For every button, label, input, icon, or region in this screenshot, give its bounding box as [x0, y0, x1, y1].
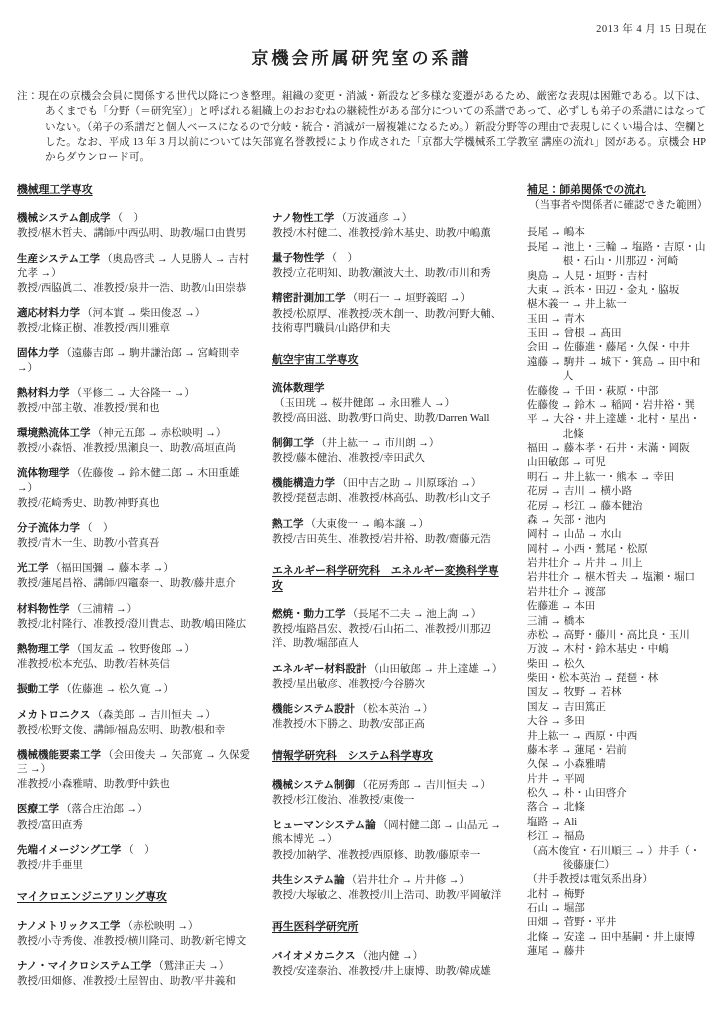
- lab-lineage: （松本英治 →）: [357, 704, 433, 715]
- lab-title-line: ナノメトリックス工学（赤松映明 →）: [17, 920, 255, 934]
- lab-lineage: （国友孟 → 牧野俊郎 →）: [72, 644, 195, 655]
- lab-entry: 流体物理学（佐藤俊 → 鈴木健二郎 → 木田重雄 →）教授/花崎秀史、助教/神野…: [17, 467, 255, 511]
- lab-entry: 量子物性学（ ）教授/立花明知、助教/瀬波大土、助教/市川和秀: [272, 252, 506, 281]
- section-header: 情報学研究科 システム科学専攻: [272, 749, 506, 764]
- flow-line: 井上紘一 → 西原・中西: [527, 730, 706, 744]
- lab-lineage: （三浦精 →）: [72, 604, 138, 615]
- lab-title-line: 流体数理学（玉田珖 → 桜井健郎 → 永田雅人 →）: [272, 382, 506, 410]
- flow-line: 田畑 → 菅野・平井: [527, 916, 706, 930]
- lab-title-line: メカトロニクス（森美郎 → 吉川恒夫 →）: [17, 709, 255, 723]
- flow-line: （高木俊宜・石川順三 → ）井手（・後藤康仁）: [527, 845, 706, 874]
- lab-lineage: （花房秀郎 → 吉川恒夫 →）: [357, 780, 491, 791]
- lab-entry: エネルギー材料設計（山田敏郎 → 井上達雄 →）教授/星出敏彦、准教授/今谷勝次: [272, 663, 506, 692]
- lab-entry: 固体力学（遠藤吉郎 → 駒井謙治郎 → 宮崎則幸 →）: [17, 347, 255, 375]
- flow-line: 三浦 → 橋本: [527, 615, 706, 629]
- supplement-flow-list: 長尾 → 嶋本長尾 → 池上・三輪 → 塩路・吉原・山根・石山・川那辺・河崎奥島…: [527, 226, 706, 959]
- lab-lineage: （福田国彌 → 藤本孝 →）: [51, 563, 174, 574]
- lab-staff: 准教授/小森雅晴、助教/野中鉄也: [17, 778, 255, 792]
- lab-staff: 教授/松原厚、准教授/茨木創一、助教/河野大輔、技術専門職員/山路伊和夫: [272, 308, 506, 336]
- flow-line: 玉田 → 青木: [527, 313, 706, 327]
- lab-staff: 教授/高田滋、助教/野口尚史、助教/Darren Wall: [272, 412, 506, 426]
- lab-title-line: 光工学（福田国彌 → 藤本孝 →）: [17, 562, 255, 576]
- supplement-title: 補足：師弟関係での流れ: [527, 183, 706, 198]
- lab-lineage: （河本實 → 柴田俊忍 →）: [82, 308, 205, 319]
- lab-staff: 教授/小森悟、准教授/黒瀬良一、助教/高垣直尚: [17, 442, 255, 456]
- lab-entry: ナノメトリックス工学（赤松映明 →）教授/小寺秀俊、准教授/横川隆司、助教/新宅…: [17, 920, 255, 949]
- lab-entry: 熱材料力学（平修二 → 大谷隆一 →）教授/中部主敬、准教授/巽和也: [17, 387, 255, 416]
- lab-staff: 教授/富田直秀: [17, 819, 255, 833]
- document-page: 2013 年 4 月 15 日現在 京機会所属研究室の系譜 注：現在の京機会会員…: [0, 0, 723, 1024]
- lab-lineage: （井上紘一 → 市川朗 →）: [316, 438, 439, 449]
- lab-staff: 教授/立花明知、助教/瀬波大土、助教/市川和秀: [272, 267, 506, 281]
- flow-line: 岡村 → 小西・鷲尾・松原: [527, 543, 706, 557]
- lab-entry: 共生システム論（岩井壮介 → 片井修 →）教授/大塚敏之、准教授/川上浩司、助教…: [272, 874, 506, 903]
- column-supplement: 補足：師弟関係での流れ （当事者や関係者に確認できた範囲） 長尾 → 嶋本長尾 …: [527, 183, 706, 1001]
- lab-title-line: 先端イメージング工学（ ）: [17, 844, 255, 858]
- lab-entry: 機能システム設計（松本英治 →）准教授/木下勝之、助教/安部正高: [272, 703, 506, 732]
- lab-entry: 環境熱流体工学（神元五郎 → 赤松映明 →）教授/小森悟、准教授/黒瀬良一、助教…: [17, 427, 255, 456]
- lab-title-line: 燃焼・動力工学（長尾不二夫 → 池上詢 →）: [272, 608, 506, 622]
- lab-lineage: （落合庄治郎 →）: [61, 804, 148, 815]
- flow-line: 花房 → 杉江 → 藤本健治: [527, 500, 706, 514]
- flow-line: 佐藤進 → 本田: [527, 600, 706, 614]
- page-title: 京機会所属研究室の系譜: [17, 44, 706, 69]
- flow-line: 岩井壮介 → 椹木哲夫 → 塩瀬・堀口: [527, 571, 706, 585]
- lab-title-line: 流体物理学（佐藤俊 → 鈴木健二郎 → 木田重雄 →）: [17, 467, 255, 495]
- flow-line: 佐藤俊 → 千田・萩原・中部: [527, 385, 706, 399]
- lab-staff: 教授/中部主敬、准教授/巽和也: [17, 402, 255, 416]
- lab-entry: バイオメカニクス（池内健 →）教授/安達泰治、准教授/井上康博、助教/韓成雄: [272, 950, 506, 979]
- lab-title-line: 熱物理工学（国友孟 → 牧野俊郎 →）: [17, 643, 255, 657]
- lab-entry: 医療工学（落合庄治郎 →）教授/富田直秀: [17, 803, 255, 832]
- lab-name: 機能構造力学: [272, 478, 335, 489]
- lab-title-line: 機械機能要素工学（会田俊夫 → 矢部寛 → 久保愛三 →）: [17, 749, 255, 777]
- lab-lineage: （ ）: [327, 253, 359, 264]
- section-header: マイクロエンジニアリング専攻: [17, 890, 255, 905]
- lab-entry: ナノ物性工学（万波通彦 →）教授/木村健二、准教授/鈴木基史、助教/中嶋薫: [272, 212, 506, 241]
- flow-line: 奥島 → 人見・垣野・吉村: [527, 270, 706, 284]
- lab-name: 環境熱流体工学: [17, 428, 91, 439]
- lab-staff: 教授/大塚敏之、准教授/川上浩司、助教/平岡敏洋: [272, 889, 506, 903]
- lab-lineage: （玉田珖 → 桜井健郎 → 永田雅人 →）: [274, 398, 455, 409]
- lab-title-line: ナノ・マイクロシステム工学（鷲津正夫 →）: [17, 960, 255, 974]
- flow-line: 佐藤俊 → 鈴木 → 稲岡・岩井裕・巽: [527, 399, 706, 413]
- document-date: 2013 年 4 月 15 日現在: [596, 21, 707, 36]
- lab-lineage: （鷲津正夫 →）: [153, 961, 229, 972]
- flow-line: 椹木義一 → 井上紘一: [527, 298, 706, 312]
- flow-line: （井手教授は電気系出身）: [527, 873, 706, 887]
- lab-lineage: （神元五郎 → 赤松映明 →）: [93, 428, 227, 439]
- lab-lineage: （大東俊一 → 嶋本譲 →）: [306, 519, 429, 530]
- lab-name: ナノ・マイクロシステム工学: [17, 961, 151, 972]
- lab-title-line: 精密計測加工学（明石一 → 垣野義昭 →）: [272, 292, 506, 306]
- lab-name: 固体力学: [17, 348, 59, 359]
- section-header: 航空宇宙工学専攻: [272, 353, 506, 368]
- flow-line: 岡村 → 山品 → 水山: [527, 528, 706, 542]
- lab-name: 生産システム工学: [17, 254, 100, 265]
- lab-lineage: （佐藤進 → 松久寛 →）: [61, 684, 174, 695]
- lab-name: 熱工学: [272, 519, 304, 530]
- column-middle: ナノ物性工学（万波通彦 →）教授/木村健二、准教授/鈴木基史、助教/中嶋薫量子物…: [272, 183, 506, 1001]
- flow-line: 福田 → 藤本孝・石井・末滿・岡阪: [527, 442, 706, 456]
- note-paragraph: 注：現在の京機会会員に関係する世代以降につき整理。組織の変更・消滅・新設など多様…: [17, 89, 706, 166]
- lab-name: 量子物性学: [272, 253, 325, 264]
- lab-entry: 機能構造力学（田中吉之助 → 川原琢治 →）教授/琵琶志朗、准教授/林高弘、助教…: [272, 477, 506, 506]
- lab-name: 医療工学: [17, 804, 59, 815]
- lab-entry: 振動工学（佐藤進 → 松久寛 →）: [17, 683, 255, 697]
- lab-name: 先端イメージング工学: [17, 845, 121, 856]
- lab-entry: 機械機能要素工学（会田俊夫 → 矢部寛 → 久保愛三 →）准教授/小森雅晴、助教…: [17, 749, 255, 793]
- flow-line: 石山 → 堀部: [527, 902, 706, 916]
- lab-title-line: 機能システム設計（松本英治 →）: [272, 703, 506, 717]
- lab-name: 光工学: [17, 563, 49, 574]
- lab-title-line: 制御工学（井上紘一 → 市川朗 →）: [272, 437, 506, 451]
- lab-title-line: 機械システム制御（花房秀郎 → 吉川恒夫 →）: [272, 779, 506, 793]
- lab-title-line: 機械システム創成学（ ）: [17, 212, 255, 226]
- columns-container: 機械理工学専攻機械システム創成学（ ）教授/椹木哲夫、講師/中西弘明、助教/堀口…: [17, 183, 706, 1001]
- lab-name: 機械機能要素工学: [17, 750, 101, 761]
- flow-line: 大谷 → 多田: [527, 715, 706, 729]
- lab-lineage: （山田敏郎 → 井上達雄 →）: [369, 664, 503, 675]
- flow-line: 岩井壮介 → 片井 → 川上: [527, 557, 706, 571]
- lab-title-line: 材料物性学（三浦精 →）: [17, 603, 255, 617]
- lab-lineage: （明石一 → 垣野義昭 →）: [348, 293, 471, 304]
- lab-entry: 燃焼・動力工学（長尾不二夫 → 池上詢 →）教授/塩路昌宏、教授/石山拓二、准教…: [272, 608, 506, 652]
- lab-lineage: （万波通彦 →）: [336, 213, 412, 224]
- section-header: エネルギー科学研究科 エネルギー変換科学専攻: [272, 564, 506, 593]
- flow-line: 遠藤 → 駒井 → 城下・箕島 → 田中和人: [527, 356, 706, 385]
- lab-entry: ヒューマンシステム論（岡村健二郎 → 山品元 → 熊本博光 →）教授/加納学、准…: [272, 819, 506, 863]
- flow-line: 国友 → 牧野 → 若林: [527, 686, 706, 700]
- lab-staff: 教授/井手亜里: [17, 859, 255, 873]
- flow-line: 北村 → 梅野: [527, 888, 706, 902]
- flow-line: 花房 → 吉川 → 横小路: [527, 485, 706, 499]
- supplement-scope-note: （当事者や関係者に確認できた範囲）: [529, 199, 706, 213]
- lab-entry: 材料物性学（三浦精 →）教授/北村隆行、准教授/澄川貴志、助教/嶋田隆広: [17, 603, 255, 632]
- flow-line: 森 → 矢部・池内: [527, 514, 706, 528]
- lab-entry: 流体数理学（玉田珖 → 桜井健郎 → 永田雅人 →）教授/高田滋、助教/野口尚史…: [272, 382, 506, 426]
- lab-staff: 教授/星出敏彦、准教授/今谷勝次: [272, 678, 506, 692]
- flow-line: 玉田 → 曾根 → 髙田: [527, 327, 706, 341]
- flow-line: 長尾 → 池上・三輪 → 塩路・吉原・山根・石山・川那辺・河崎: [527, 241, 706, 270]
- flow-line: 柴田 → 松久: [527, 658, 706, 672]
- flow-line: 赤松 → 高野・藤川・高比良・玉川: [527, 629, 706, 643]
- lab-title-line: 量子物性学（ ）: [272, 252, 506, 266]
- flow-line: 北條 → 安達 → 田中基嗣・井上康博: [527, 931, 706, 945]
- flow-line: 久保 → 小森雅晴: [527, 758, 706, 772]
- lab-staff: 教授/西脇眞二、准教授/泉井一浩、助教/山田崇恭: [17, 282, 255, 296]
- lab-name: 制御工学: [272, 438, 314, 449]
- lab-title-line: エネルギー材料設計（山田敏郎 → 井上達雄 →）: [272, 663, 506, 677]
- flow-line: 山田敏郎 → 可児: [527, 456, 706, 470]
- lab-name: 機械システム創成学: [17, 213, 110, 224]
- flow-line: 片井 → 平岡: [527, 773, 706, 787]
- lab-name: 燃焼・動力工学: [272, 609, 346, 620]
- lab-staff: 教授/安達泰治、准教授/井上康博、助教/韓成雄: [272, 965, 506, 979]
- flow-line: 松久 → 朴・山田啓介: [527, 787, 706, 801]
- lab-lineage: （赤松映明 →）: [122, 921, 198, 932]
- flow-line: 会田 → 佐藤進・藤尾・久保・中井: [527, 341, 706, 355]
- lab-entry: メカトロニクス（森美郎 → 吉川恒夫 →）教授/松野文俊、講師/福島宏明、助教/…: [17, 709, 255, 738]
- lab-title-line: 生産システム工学（奥島啓弐 → 人見勝人 → 吉村允孝 →）: [17, 253, 255, 281]
- lab-name: 振動工学: [17, 684, 59, 695]
- lab-entry: 光工学（福田国彌 → 藤本孝 →）教授/蓮尾昌裕、講師/四竈泰一、助教/藤井恵介: [17, 562, 255, 591]
- lab-name: 材料物性学: [17, 604, 70, 615]
- lab-entry: 精密計測加工学（明石一 → 垣野義昭 →）教授/松原厚、准教授/茨木創一、助教/…: [272, 292, 506, 336]
- lab-staff: 教授/田畑修、准教授/土屋智由、助教/平井義和: [17, 975, 255, 989]
- lab-title-line: ヒューマンシステム論（岡村健二郎 → 山品元 → 熊本博光 →）: [272, 819, 506, 847]
- lab-name: メカトロニクス: [17, 710, 90, 721]
- flow-line: 蓮尾 → 藤井: [527, 945, 706, 959]
- lab-name: ヒューマンシステム論: [272, 820, 376, 831]
- flow-line: 万波 → 木村・鈴木基史・中嶋: [527, 643, 706, 657]
- lab-entry: 機械システム制御（花房秀郎 → 吉川恒夫 →）教授/杉江俊治、准教授/東俊一: [272, 779, 506, 808]
- lab-staff: 教授/松野文俊、講師/福島宏明、助教/根和幸: [17, 724, 255, 738]
- lab-name: 共生システム論: [272, 875, 344, 886]
- flow-line: 岩井壮介 → 渡部: [527, 586, 706, 600]
- flow-line: 明石 → 井上紘一・熊本 → 幸田: [527, 471, 706, 485]
- lab-name: 分子流体力学: [17, 523, 80, 534]
- flow-line: 藤本孝 → 蓮尾・岩前: [527, 744, 706, 758]
- lab-entry: ナノ・マイクロシステム工学（鷲津正夫 →）教授/田畑修、准教授/土屋智由、助教/…: [17, 960, 255, 989]
- lab-staff: 准教授/松本充弘、助教/若林英信: [17, 658, 255, 672]
- lab-staff: 教授/塩路昌宏、教授/石山拓二、准教授/川那辺洋、助教/堀部直人: [272, 623, 506, 651]
- lab-lineage: （平修二 → 大谷隆一 →）: [72, 388, 195, 399]
- lab-staff: 教授/北條正樹、准教授/西川雅章: [17, 322, 255, 336]
- flow-line: 長尾 → 嶋本: [527, 226, 706, 240]
- lab-title-line: 振動工学（佐藤進 → 松久寛 →）: [17, 683, 255, 697]
- lab-lineage: （長尾不二夫 → 池上詢 →）: [348, 609, 482, 620]
- lab-entry: 適応材料力学（河本實 → 柴田俊忍 →）教授/北條正樹、准教授/西川雅章: [17, 307, 255, 336]
- lab-staff: 教授/杉江俊治、准教授/東俊一: [272, 794, 506, 808]
- lab-title-line: 熱工学（大東俊一 → 嶋本譲 →）: [272, 518, 506, 532]
- lab-name: エネルギー材料設計: [272, 664, 367, 675]
- lab-title-line: 環境熱流体工学（神元五郎 → 赤松映明 →）: [17, 427, 255, 441]
- lab-staff: 教授/小寺秀俊、准教授/横川隆司、助教/新宅博文: [17, 935, 255, 949]
- lab-staff: 教授/加納学、准教授/西原修、助教/藤原幸一: [272, 849, 506, 863]
- lab-title-line: バイオメカニクス（池内健 →）: [272, 950, 506, 964]
- flow-line: 落合 → 北條: [527, 801, 706, 815]
- lab-name: 機能システム設計: [272, 704, 355, 715]
- lab-title-line: 共生システム論（岩井壮介 → 片井修 →）: [272, 874, 506, 888]
- lab-staff: 教授/花崎秀史、助教/神野真也: [17, 497, 255, 511]
- lab-lineage: （岩井壮介 → 片井修 →）: [346, 875, 469, 886]
- lab-lineage: （ ）: [112, 213, 144, 224]
- lab-staff: 教授/吉田英生、准教授/岩井裕、助教/齋藤元浩: [272, 533, 506, 547]
- lab-lineage: （田中吉之助 → 川原琢治 →）: [337, 478, 481, 489]
- lab-staff: 教授/北村隆行、准教授/澄川貴志、助教/嶋田隆広: [17, 618, 255, 632]
- lab-name: バイオメカニクス: [272, 951, 355, 962]
- lab-lineage: （森美郎 → 吉川恒夫 →）: [92, 710, 215, 721]
- lab-lineage: （池内健 →）: [357, 951, 423, 962]
- flow-line: 塩路 → Ali: [527, 816, 706, 830]
- flow-line: 大東 → 浜本・田辺・金丸・脇坂: [527, 284, 706, 298]
- lab-staff: 教授/木村健二、准教授/鈴木基史、助教/中嶋薫: [272, 227, 506, 241]
- lab-name: 機械システム制御: [272, 780, 355, 791]
- lab-title-line: 熱材料力学（平修二 → 大谷隆一 →）: [17, 387, 255, 401]
- lab-staff: 教授/蓮尾昌裕、講師/四竈泰一、助教/藤井恵介: [17, 577, 255, 591]
- lab-entry: 先端イメージング工学（ ）教授/井手亜里: [17, 844, 255, 873]
- lab-entry: 生産システム工学（奥島啓弐 → 人見勝人 → 吉村允孝 →）教授/西脇眞二、准教…: [17, 253, 255, 297]
- lab-entry: 分子流体力学（ ）教授/青木一生、助教/小菅真吾: [17, 522, 255, 551]
- lab-lineage: （ ）: [82, 523, 114, 534]
- lab-staff: 教授/青木一生、助教/小菅真吾: [17, 537, 255, 551]
- lab-staff: 准教授/木下勝之、助教/安部正高: [272, 718, 506, 732]
- lab-entry: 制御工学（井上紘一 → 市川朗 →）教授/藤本健治、准教授/幸田武久: [272, 437, 506, 466]
- lab-title-line: 適応材料力学（河本實 → 柴田俊忍 →）: [17, 307, 255, 321]
- lab-title-line: 分子流体力学（ ）: [17, 522, 255, 536]
- lab-staff: 教授/椹木哲夫、講師/中西弘明、助教/堀口由貴男: [17, 227, 255, 241]
- column-left: 機械理工学専攻機械システム創成学（ ）教授/椹木哲夫、講師/中西弘明、助教/堀口…: [17, 183, 255, 1001]
- lab-lineage: （ ）: [123, 845, 155, 856]
- lab-name: 熱物理工学: [17, 644, 70, 655]
- lab-title-line: 固体力学（遠藤吉郎 → 駒井謙治郎 → 宮崎則幸 →）: [17, 347, 255, 375]
- flow-line: 国友 → 吉田篤正: [527, 701, 706, 715]
- lab-entry: 熱工学（大東俊一 → 嶋本譲 →）教授/吉田英生、准教授/岩井裕、助教/齋藤元浩: [272, 518, 506, 547]
- flow-line: 平 → 大谷・井上達雄・北村・星出・北條: [527, 413, 706, 442]
- lab-name: 流体数理学: [272, 383, 325, 394]
- section-header: 再生医科学研究所: [272, 920, 506, 935]
- lab-entry: 機械システム創成学（ ）教授/椹木哲夫、講師/中西弘明、助教/堀口由貴男: [17, 212, 255, 241]
- lab-name: 流体物理学: [17, 468, 70, 479]
- lab-name: ナノメトリックス工学: [17, 921, 120, 932]
- lab-title-line: ナノ物性工学（万波通彦 →）: [272, 212, 506, 226]
- flow-line: 柴田・松本英治 → 琵琶・林: [527, 672, 706, 686]
- lab-name: 熱材料力学: [17, 388, 70, 399]
- section-header: 機械理工学専攻: [17, 183, 255, 198]
- lab-staff: 教授/琵琶志朗、准教授/林高弘、助教/杉山文子: [272, 492, 506, 506]
- lab-name: ナノ物性工学: [272, 213, 334, 224]
- lab-title-line: 医療工学（落合庄治郎 →）: [17, 803, 255, 817]
- lab-staff: 教授/藤本健治、准教授/幸田武久: [272, 452, 506, 466]
- flow-line: 杉江 → 福島: [527, 830, 706, 844]
- lab-name: 適応材料力学: [17, 308, 80, 319]
- lab-title-line: 機能構造力学（田中吉之助 → 川原琢治 →）: [272, 477, 506, 491]
- lab-entry: 熱物理工学（国友孟 → 牧野俊郎 →）准教授/松本充弘、助教/若林英信: [17, 643, 255, 672]
- lab-name: 精密計測加工学: [272, 293, 346, 304]
